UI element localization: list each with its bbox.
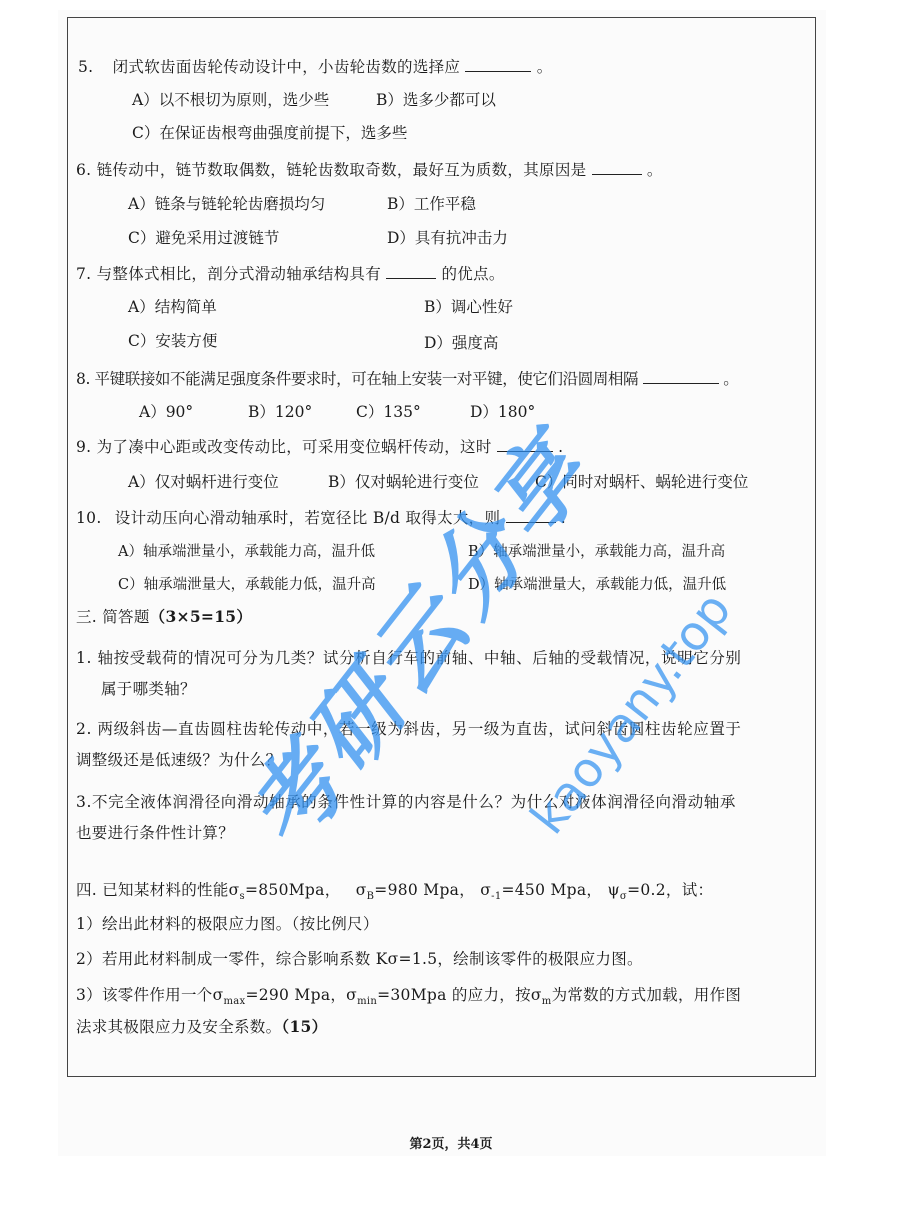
subscript: -1 (491, 891, 501, 902)
psi-value: =0.2，试： (627, 881, 713, 899)
option-b: B）选多少都可以 (376, 90, 496, 110)
question-stem: 链传动中，链节数取偶数，链轮齿数取奇数，最好互为质数，其原因是 (97, 161, 587, 179)
section-intro: 四. 已知某材料的性能 (76, 881, 229, 899)
option-c: C）135° (356, 402, 421, 422)
question-number: 9. (76, 438, 91, 456)
question-end: 。 (647, 161, 663, 179)
short-answer-3-line1: 3.不完全液体润滑径向滑动轴承的条件性计算的内容是什么？为什么对液体润滑径向滑动… (76, 792, 736, 812)
option-c: C）避免采用过渡链节 (128, 228, 279, 248)
calc-question-3-text: 3）该零件作用一个 (76, 986, 213, 1004)
question-number: 5. (78, 58, 93, 76)
answer-blank (465, 57, 531, 72)
sigma-b-symbol: σ (356, 881, 367, 899)
option-d: D）强度高 (424, 333, 498, 353)
option-b: B）调心性好 (424, 297, 513, 317)
question-number: 7. (76, 265, 91, 283)
sigma-min-value: =30Mpa 的应力，按 (377, 986, 531, 1004)
page-number: 第2页，共4页 (0, 1133, 902, 1152)
sigma-max-symbol: σ (213, 986, 224, 1004)
answer-blank (506, 508, 556, 523)
sigma-m-symbol: σ (531, 986, 542, 1004)
psi-symbol: ψ (607, 881, 619, 899)
section-score: （15） (281, 1017, 327, 1036)
subscript: m (542, 996, 552, 1007)
sigma-b-value: =980 Mpa， (374, 881, 475, 899)
option-c: C）轴承端泄量大，承载能力低，温升高 (118, 575, 376, 595)
sigma-max-value: =290 Mpa， (245, 986, 346, 1004)
option-a: A）链条与链轮轮齿磨损均匀 (128, 194, 325, 214)
sigma-s-value: =850Mpa， (245, 881, 341, 899)
sigma-s-symbol: σ (229, 881, 240, 899)
question-number: 6. (76, 161, 91, 179)
option-b: B）轴承端泄量小，承载能力高，温升高 (468, 542, 725, 562)
option-c: C）安装方便 (128, 331, 217, 351)
option-d: D）具有抗冲击力 (387, 228, 508, 248)
section-score: （3×5=15） (150, 607, 253, 626)
short-answer-1-line1: 1. 轴按受载荷的情况可分为几类？试分析自行车的前轴、中轴、后轴的受载情况，说明… (76, 648, 742, 668)
sigma-minus1-value: =450 Mpa， (501, 881, 602, 899)
sigma-minus1-symbol: σ (480, 881, 491, 899)
section-heading: 三. 简答题 (76, 608, 150, 626)
option-b: B）仅对蜗轮进行变位 (328, 472, 479, 492)
subscript: min (357, 996, 377, 1007)
question-stem: 为了凑中心距或改变传动比，可采用变位蜗杆传动，这时 (97, 438, 492, 456)
answer-blank (386, 264, 436, 279)
calc-question-3-rest: 为常数的方式加载，用作图 (552, 986, 742, 1004)
option-a: A）轴承端泄量小，承载能力高，温升低 (118, 542, 375, 562)
sigma-min-symbol: σ (346, 986, 357, 1004)
subscript: max (223, 996, 245, 1007)
answer-blank (497, 437, 553, 452)
question-end: . (561, 509, 566, 527)
calc-question-3-line2: 法求其极限应力及安全系数。 (76, 1018, 281, 1036)
short-answer-3-line2: 也要进行条件性计算？ (76, 823, 234, 843)
short-answer-2-line2: 调整级还是低速级？为什么？ (76, 750, 281, 770)
question-stem: 闭式软齿面齿轮传动设计中，小齿轮齿数的选择应 (113, 58, 461, 76)
option-a: A）以不根切为原则，选少些 (132, 90, 329, 110)
question-end: 。 (537, 58, 553, 76)
option-d: D）轴承端泄量大，承载能力低，温升低 (468, 575, 726, 595)
question-end: . (558, 438, 563, 456)
calc-question-2: 2）若用此材料制成一零件，综合影响系数 Kσ=1.5，绘制该零件的极限应力图。 (76, 949, 643, 969)
question-number: 10. (76, 509, 102, 527)
calc-question-1: 1）绘出此材料的极限应力图。（按比例尺） (76, 914, 379, 934)
subscript: σ (620, 891, 627, 902)
option-c: C）同时对蜗杆、蜗轮进行变位 (535, 472, 748, 492)
question-end: 。 (723, 370, 738, 388)
option-c: C）在保证齿根弯曲强度前提下，选多些 (132, 123, 407, 143)
short-answer-2-line1: 2. 两级斜齿—直齿圆柱齿轮传动中，若一级为斜齿，另一级为直齿，试问斜齿圆柱齿轮… (76, 719, 742, 739)
question-stem: 平键联接如不能满足强度条件要求时，可在轴上安装一对平键，使它们沿圆周相隔 (95, 370, 639, 388)
answer-blank (592, 160, 642, 175)
question-number: 8. (76, 370, 90, 388)
question-stem: 与整体式相比，剖分式滑动轴承结构具有 (97, 265, 381, 283)
short-answer-1-line2: 属于哪类轴？ (101, 679, 196, 699)
option-a: A）结构简单 (128, 297, 217, 317)
option-b: B）工作平稳 (387, 194, 476, 214)
option-d: D）180° (470, 402, 535, 422)
option-b: B）120° (248, 402, 312, 422)
question-end: 的优点。 (442, 265, 505, 283)
option-a: A）90° (139, 402, 193, 422)
answer-blank (643, 369, 719, 384)
question-stem: 设计动压向心滑动轴承时，若宽径比 B/d 取得太大，则 (115, 509, 501, 527)
option-a: A）仅对蜗杆进行变位 (128, 472, 279, 492)
